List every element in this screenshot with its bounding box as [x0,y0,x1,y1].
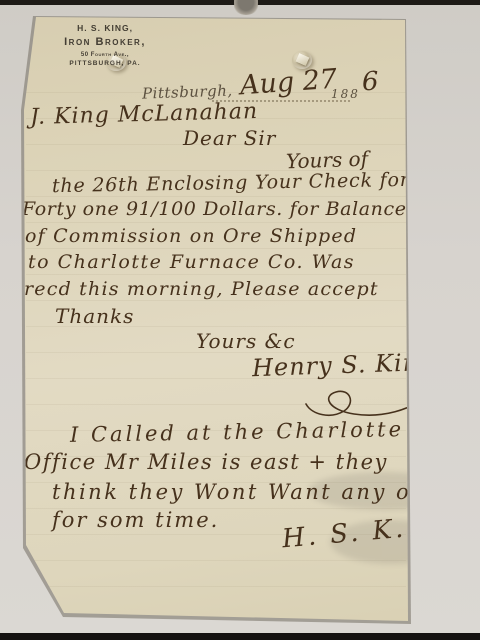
postscript-line: Office Mr Miles is east + they [24,451,388,474]
letterhead-name: H. S. KING, [52,23,158,34]
body-line: of Commission on Ore Shipped [25,226,357,247]
body-line: Yours of [286,148,369,173]
letterhead-address: 50 Fourth Ave., [52,51,158,59]
letterhead-title: Iron Broker, [52,35,158,50]
postscript-line: think they Wont Want any ore [52,481,439,504]
body-line: recd this morning, Please accept [24,279,379,300]
postscript-line: for som time. [52,509,219,532]
body-line: Thanks [55,305,134,327]
torn-hang-hole [234,0,258,15]
body-line: Forty one 91/100 Dollars. for Balance [22,199,407,220]
closing-line: Yours &c [196,330,296,352]
signature-flourish [298,386,438,420]
letterhead-city: PITTSBURGH, PA. [52,60,158,69]
dateline-year-written: 6 [362,68,380,97]
salutation-line: Dear Sir [183,127,276,149]
photo-bottom-edge [0,633,480,640]
letterhead: H. S. KING, Iron Broker, 50 Fourth Ave.,… [52,23,158,69]
body-line: to Charlotte Furnace Co. Was [28,252,355,273]
photo-of-handwritten-letter: H. S. KING, Iron Broker, 50 Fourth Ave.,… [0,0,480,640]
dateline-written-date: Aug 27 [239,65,338,101]
dateline-year-printed: 188 [331,88,360,101]
